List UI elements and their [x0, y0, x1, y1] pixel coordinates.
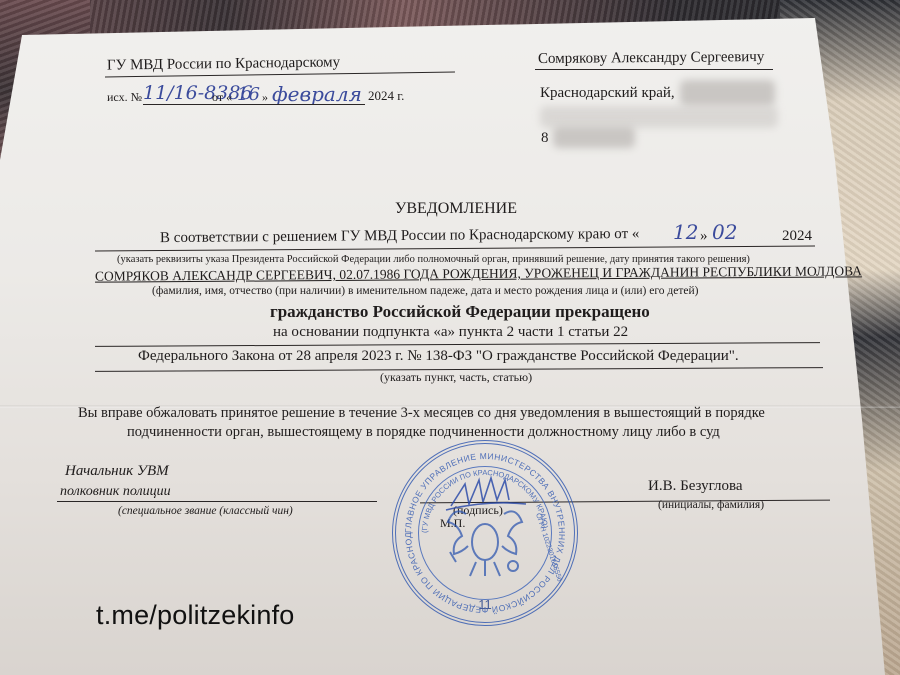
decision-sep: » — [700, 228, 708, 245]
appeal-line-1: Вы вправе обжаловать принятое решение в … — [78, 405, 765, 422]
redacted-phone — [553, 126, 635, 148]
verdict: гражданство Российской Федерации прекращ… — [270, 302, 650, 322]
ref-day-handwritten: 16 — [237, 84, 260, 105]
recipient-address: Краснодарский край, — [540, 85, 675, 102]
person-line: СОМРЯКОВ АЛЕКСАНДР СЕРГЕЕВИЧ, 02.07.1986… — [95, 263, 862, 284]
hint-person: (фамилия, имя, отчество (при наличии) в … — [152, 285, 698, 297]
ref-underline — [143, 104, 365, 105]
recipient-phone-prefix: 8 — [541, 130, 549, 147]
appeal-line-2: подчиненности орган, вышестоящему в поря… — [127, 424, 720, 441]
basis-underline — [95, 342, 820, 347]
ref-year: 2024 г. — [368, 88, 404, 104]
hint-law: (указать пункт, часть, статью) — [380, 370, 532, 385]
law-line: Федерального Закона от 28 апреля 2023 г.… — [138, 348, 739, 365]
official-seal-stamp: ГЛАВНОЕ УПРАВЛЕНИЕ МИНИСТЕРСТВА ВНУТРЕНН… — [392, 440, 578, 626]
redacted-address — [680, 80, 775, 106]
decision-month-handwritten: 02 — [712, 220, 737, 244]
redacted-address-2 — [540, 106, 778, 128]
appeal-text-1: Вы вправе обжаловать принятое решение в … — [78, 405, 765, 421]
stamp-number: 11 — [396, 597, 574, 612]
hint-signer: (инициалы, фамилия) — [658, 499, 764, 511]
recipient-name: Сомрякову Александру Сергеевичу — [538, 49, 764, 68]
sender-org: ГУ МВД России по Краснодарскому — [107, 54, 340, 74]
ref-date-prefix: от « — [212, 90, 232, 105]
ref-prefix: исх. № — [107, 90, 142, 105]
signer-position: Начальник УВМ — [65, 463, 169, 480]
signer-name: И.В. Безуглова — [648, 478, 743, 495]
document-title: УВЕДОМЛЕНИЕ — [395, 200, 517, 218]
hint-decision: (указать реквизиты указа Президента Росс… — [117, 254, 750, 265]
ref-day-suffix: » — [262, 90, 268, 105]
watermark-link[interactable]: t.me/politzekinfo — [96, 600, 295, 631]
decision-year: 2024 — [782, 228, 812, 245]
rank-underline — [57, 501, 377, 502]
signer-rank: полковник полиции — [60, 484, 171, 500]
stamp-text-ring: ГЛАВНОЕ УПРАВЛЕНИЕ МИНИСТЕРСТВА ВНУТРЕНН… — [396, 444, 574, 622]
ref-month-handwritten: февраля — [272, 82, 362, 106]
decision-day-handwritten: 12 — [673, 220, 698, 244]
recipient-underline — [535, 69, 773, 70]
notification-document: ГУ МВД России по Краснодарскому исх. № 1… — [0, 0, 900, 675]
basis-line: на основании подпункта «а» пункта 2 част… — [273, 324, 628, 341]
decision-line: В соответствии с решением ГУ МВД России … — [160, 226, 640, 247]
hint-rank: (специальное звание (классный чин) — [118, 505, 293, 517]
